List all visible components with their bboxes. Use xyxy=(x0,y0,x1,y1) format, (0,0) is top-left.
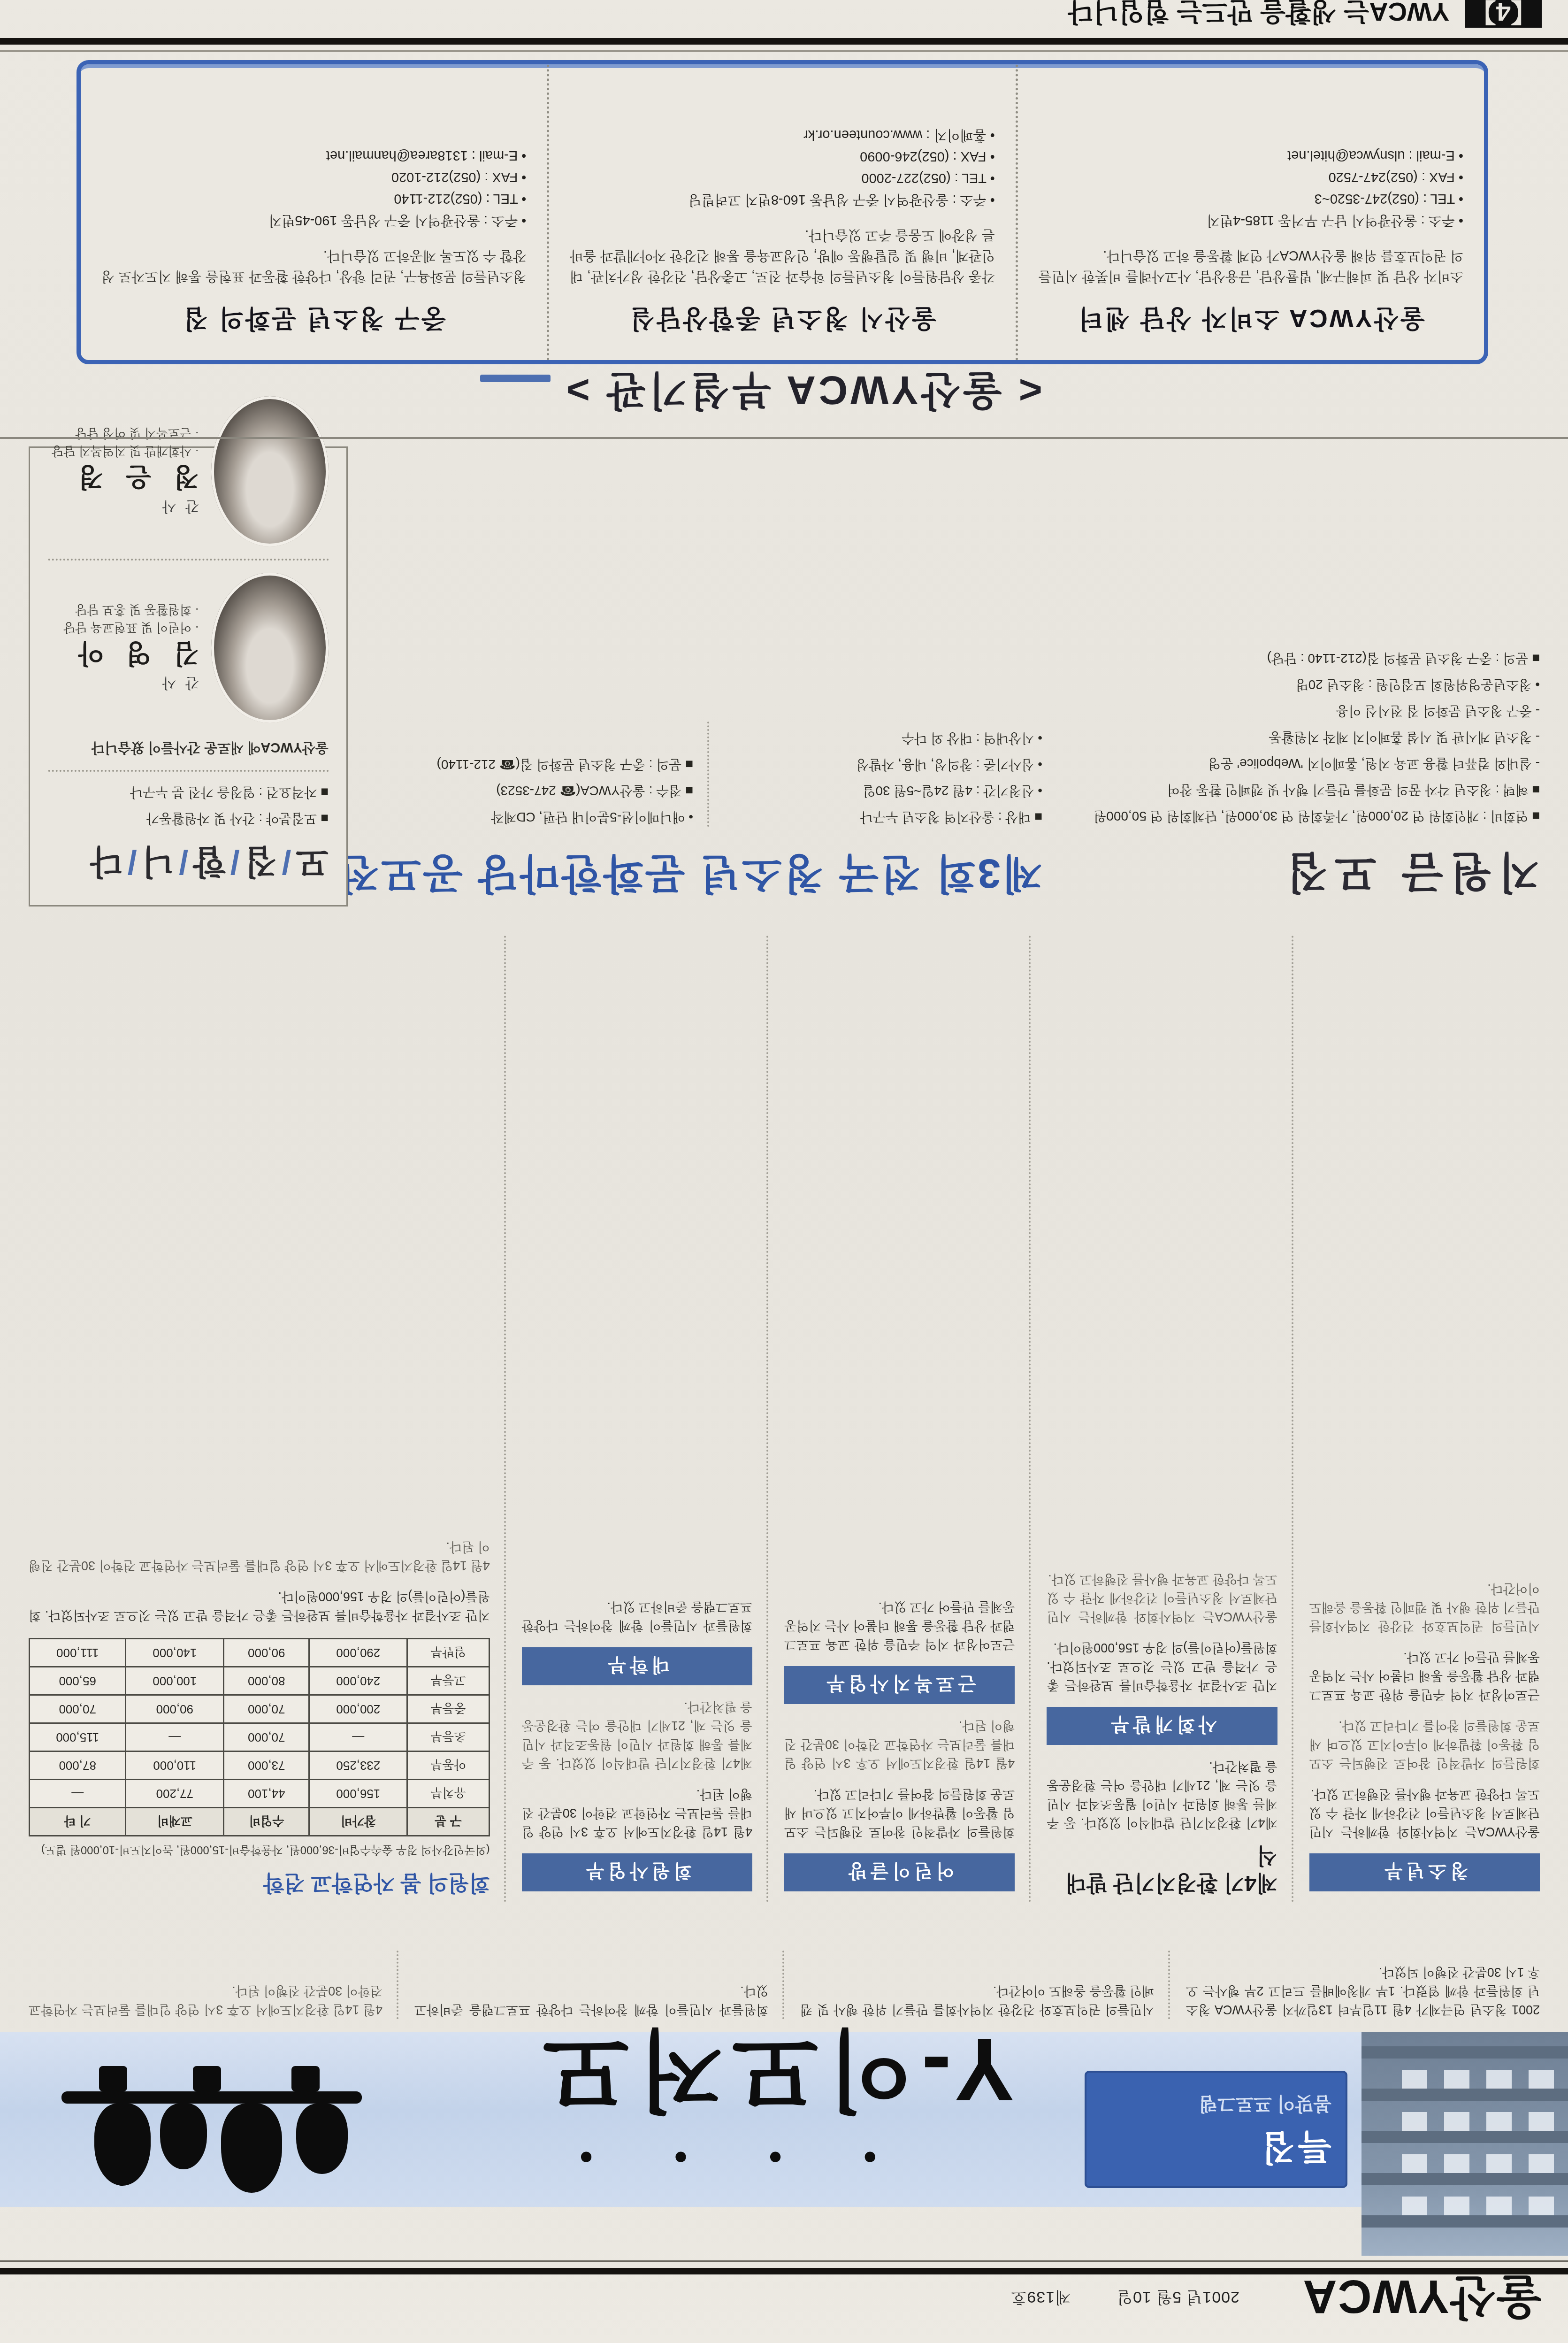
annex-title-dash xyxy=(480,375,551,382)
recruit-bullet: ■ 혜택 : 청소년 각자 꿈의 문화를 만들기 행사 및 캠페인 활동 참여 xyxy=(1080,780,1540,799)
title-char: 니 xyxy=(141,843,175,880)
staff-duty: · 근로복지 및 여성 담당 xyxy=(52,424,199,442)
banner-label-box: 특집 봄맞이 프로그램 xyxy=(1085,2071,1347,2188)
contest-bullet: • 신청기간 : 4월 24일~5월 30일 xyxy=(725,781,1042,800)
article-paragraph: 지만 조사결과 자율학습비를 보완하든 좋은 가격을 받고 있는 것으로 조사되… xyxy=(1047,1638,1277,1695)
banner-label-title: 특집 xyxy=(1085,2125,1347,2188)
masthead-rule-thin xyxy=(0,2260,1568,2262)
recruit-bullet: - 청소년 게시판 및 시설 홈페이지 제작 지원활동 xyxy=(1080,727,1540,747)
lead-paragraph: 시민들의 권익보호와 건강한 지역사회를 만들기 위한 행사 및 캠페인 활동을… xyxy=(800,1982,1154,2019)
contact-fax: • FAX : (052)247-7520 xyxy=(1039,166,1463,188)
contest-bullet: ■ 대상 : 울산지역 청소년 누구나 xyxy=(725,807,1042,827)
cell: 77,200 xyxy=(126,1780,224,1808)
article-paragraph: 근로여성과 지역 주민을 위한 교육 프로그램과 상담 활동을 통해 더불어 사… xyxy=(784,1598,1015,1654)
newspaper-sheet-rotated-180: 울산YWCA 2001년 5월 10일 제139호 특집 봄맞이 프로그램 Y-… xyxy=(0,0,1568,2343)
cell: 70,000 xyxy=(30,1695,126,1723)
footer-thick-rule xyxy=(0,38,1568,45)
column-headline: 제4기 환경지기단 발대식 xyxy=(1047,1843,1277,1897)
middle-article-band: 청소년부 울산YWCA는 지역사회와 함께하는 시민단체로서 청소년들이 건강하… xyxy=(29,935,1540,1902)
cell: 110,000 xyxy=(126,1751,224,1780)
contest-bullet: • 시상내역 : 대상 외 다수 xyxy=(725,728,1042,748)
contact-fax: • FAX : (052)212-1020 xyxy=(101,166,526,188)
annex-contact-box: 울산YWCA 소비자 상담 센터 소비자 상담 및 피해구제, 법률상담, 금융… xyxy=(76,60,1488,364)
staff-duty: · 회원활동 및 홍보 담당 xyxy=(63,601,199,619)
contact-email: • E-mail : 1318area@hanmail.net xyxy=(101,145,526,166)
contest-article: 제3회 전국 청소년 문화한마당 공모전 ■ 대상 : 울산지역 청소년 누구나… xyxy=(376,722,1042,906)
cell: 44,100 xyxy=(224,1780,309,1808)
masthead-logo: 울산YWCA xyxy=(1302,2270,1542,2323)
contact-tel: • TEL : (052)247-3520~3 xyxy=(1039,188,1463,209)
contact-heading: 울산시 청소년 종합상담실 xyxy=(570,302,994,338)
staff-name: 정 은 경 xyxy=(52,460,199,498)
contact-desc: 청소년들의 문화욕구, 권리 향상, 다양한 활동과 표현을 통해 지도자로 성… xyxy=(101,245,526,286)
contact-heading: 중구 청소년 문화의 집 xyxy=(101,302,526,338)
article-paragraph: 울산YWCA는 지역사회와 함께하는 시민단체로서 청소년들이 건강하게 자랄 … xyxy=(1309,1785,1540,1841)
section-bar-univ: 대학부 xyxy=(522,1647,752,1685)
lead-row: 2001 청소년 연극제가 4월 11일부터 13일까지 울산YWCA 청소년 … xyxy=(29,1951,1540,2019)
cell: 200,000 xyxy=(309,1695,407,1723)
title-char: 합 xyxy=(192,843,226,880)
staff-box-title: 모/집/합/니/다 xyxy=(48,840,329,889)
staff-notice: ■ 자격요건 : 열정을 가진 분 누구나 xyxy=(48,782,329,802)
masthead: 울산YWCA xyxy=(1302,2267,1542,2335)
section-bar-youth: 청소년부 xyxy=(1309,1853,1540,1891)
article-paragraph: 회원들의 자발적인 참여로 진행되는 소모임 활동이 활발하게 이루어지고 있으… xyxy=(1309,1716,1540,1773)
recruit-article: 지원금 모집 ■ 연회비 : 개인회원 연 20,000원, 가족회원 연 30… xyxy=(1080,642,1540,906)
cell: — xyxy=(126,1723,224,1751)
title-char: 다 xyxy=(89,843,123,880)
article-paragraph: 4월 14일 환경지도에서 오후 3시 연양 일대를 둘러보는 자연학교 견학이… xyxy=(29,1537,490,1575)
contact-heading: 울산YWCA 소비자 상담 센터 xyxy=(1039,302,1463,338)
banner-char: 모 xyxy=(535,2013,629,2141)
cell: 233,250 xyxy=(309,1751,407,1780)
article-paragraph: 시민들의 권익보호와 건강한 지역사회를 만들기 위한 행사 및 캠페인 활동을… xyxy=(1309,1579,1540,1636)
cell: 240,000 xyxy=(309,1667,407,1695)
recruit-bullet: • 청소년운영위원회 모집인원 : 청소년 20명 xyxy=(1080,675,1540,694)
article-paragraph: 근로여성과 지역 주민을 위한 교육 프로그램과 상담 활동을 통해 더불어 사… xyxy=(1309,1648,1540,1704)
row-label: 유치부 xyxy=(407,1780,489,1808)
contest-bullet: ■ 문의 : 중구 청소년 문화의 집(☎ 212-1140) xyxy=(376,754,693,774)
article-column-4: 회원사업부 4월 14일 환경지도에서 오후 3시 연양 일대를 둘러보는 자연… xyxy=(522,935,768,1902)
article-paragraph: 울산YWCA는 지역사회와 함께하는 시민단체로서 청소년들이 건강하게 자랄 … xyxy=(1047,1570,1277,1626)
table-row: 일반부290,00090,000140,000111,000 xyxy=(30,1639,490,1667)
section-bar-social: 사회개발부 xyxy=(1047,1707,1277,1745)
article-column-2: 제4기 환경지기단 발대식 제4기 환경지기단 발대식이 있었다. 동 주제를 … xyxy=(1047,935,1293,1902)
cell: 115,000 xyxy=(30,1723,126,1751)
banner-prefix: Y- xyxy=(913,2020,1014,2119)
cell: 80,000 xyxy=(224,1667,309,1695)
section-bar-member: 회원사업부 xyxy=(522,1853,752,1891)
cell: 70,000 xyxy=(224,1695,309,1723)
article-column-1: 청소년부 울산YWCA는 지역사회와 함께하는 시민단체로서 청소년들이 건강하… xyxy=(1309,935,1540,1902)
staff-notice: ■ 모집분야 : 간사 및 자원활동가 xyxy=(48,808,329,828)
recruit-bullet: - 실내외 컴퓨터 활용 교육 지원, 홈페이지 'Webpolice' 운영 xyxy=(1080,753,1540,773)
article-paragraph: 4월 14일 환경지도에서 오후 3시 연양 일대를 둘러보는 자연학교 견학이… xyxy=(784,1716,1015,1773)
contest-bullet: ■ 접수 : 울산YWCA(☎ 247-3523) xyxy=(376,781,693,800)
contact-address: • 주소 : 울산광역시 남구 무거동 1185-4번지 xyxy=(1039,209,1463,231)
masthead-rule xyxy=(0,2268,1568,2274)
table-row: 중등부200,00070,00090,00070,000 xyxy=(30,1695,490,1723)
contact-fax: • FAX : (052)246-0090 xyxy=(570,146,994,167)
contact-col-consumer: 울산YWCA 소비자 상담 센터 소비자 상담 및 피해구제, 법률상담, 금융… xyxy=(1018,64,1484,360)
contact-address: • 주소 : 울산광역시 중구 성남동 160-8번지 고려빌딩 xyxy=(570,189,994,210)
annex-section-title-wrap: < 울산YWCA 부설기관 > xyxy=(480,365,1042,423)
contact-desc: 각종 상담원들이 청소년들의 학습과 진로, 고충상담, 건강한 성가치관, 대… xyxy=(570,224,994,286)
recruit-headline: 지원금 모집 xyxy=(1080,845,1540,906)
recruit-bullet: - 중구 청소년 문화의 집 전시실 이용 xyxy=(1080,701,1540,721)
cell: — xyxy=(30,1780,126,1808)
banner-char: 모 xyxy=(724,2013,818,2141)
staff-role: 간 사 xyxy=(52,498,199,518)
contact-address: • 주소 : 울산광역시 중구 성남동 190-45번지 xyxy=(101,209,526,231)
article-column-table: 회원의 봄 자연학교 견학 (외국인강사의 경우 숲속수업비-36,000원, … xyxy=(29,935,506,1902)
page-slogan: YWCA는 생활을 만드는 힘입니다 xyxy=(1068,0,1449,27)
cell: 111,000 xyxy=(30,1639,126,1667)
cell: 90,000 xyxy=(224,1639,309,1667)
article-paragraph: 회원들과 시민들이 함께 참여하는 다양한 프로그램을 준비하고 있다. xyxy=(522,1598,752,1635)
cell: 156,000 xyxy=(309,1780,407,1808)
cell: 87,000 xyxy=(30,1751,126,1780)
staff-photo xyxy=(211,396,329,546)
title-char: 모 xyxy=(295,843,329,880)
staff-duty: · 사회개발 및 지역복지 담당 xyxy=(52,442,199,460)
nature-school-headline: 회원의 봄 자연학교 견학 xyxy=(29,1870,490,1897)
cell: 140,000 xyxy=(126,1639,224,1667)
cell: 290,000 xyxy=(309,1639,407,1667)
article-paragraph: 회원들의 자발적인 참여로 진행되는 소모임 활동이 활발하게 이루어지고 있으… xyxy=(784,1785,1015,1841)
banner-char: 저 xyxy=(629,2013,724,2141)
contest-headline: 제3회 전국 청소년 문화한마당 공모전 xyxy=(376,847,1042,906)
scanned-newsletter-page: 울산YWCA 2001년 5월 10일 제139호 특집 봄맞이 프로그램 Y-… xyxy=(0,0,1568,2343)
fee-table: 구 분 참가비 수업비 교재비 기 타 유치부156,00044,10077,2… xyxy=(29,1638,490,1836)
banner-char: 이 xyxy=(818,2013,913,2141)
cell: 70,000 xyxy=(224,1723,309,1751)
table-row: 초등부—70,000—115,000 xyxy=(30,1723,490,1751)
contact-tel: • TEL : (052)212-1140 xyxy=(101,188,526,209)
lead-paragraph-ghost: 4월 14일 환경지도에서 오후 3시 연양 일대를 둘러보는 자연학교 견학이… xyxy=(29,1982,382,2019)
recruit-bullet: ■ 연회비 : 개인회원 연 20,000원, 가족회원 연 30,000원, … xyxy=(1080,806,1540,826)
fee-table-note: (외국인강사의 경우 숲속수업비-36,000원, 자율학습비-15,000원,… xyxy=(29,1843,490,1859)
masthead-date: 2001년 5월 10일 xyxy=(1117,2287,1239,2310)
row-label: 중등부 xyxy=(407,1695,489,1723)
contact-tel: • TEL : (052)227-2000 xyxy=(570,167,994,189)
table-row: 고등부240,00080,000100,00065,000 xyxy=(30,1667,490,1695)
cell: 73,000 xyxy=(224,1751,309,1780)
fee-th: 구 분 xyxy=(407,1808,489,1836)
row-label: 아동부 xyxy=(407,1751,489,1780)
article-paragraph: 지만 조사결과 자율학습비를 보완하든 좋은 가격을 받고 있는 것으로 조사되… xyxy=(29,1587,490,1625)
banner-headline: Y-이모저모 xyxy=(535,2013,1014,2141)
row-label: 고등부 xyxy=(407,1667,489,1695)
contact-email: • E-mail : ulsnywca@hitel.net xyxy=(1039,145,1463,166)
article-column-3: 어린이글방 회원들의 자발적인 참여로 진행되는 소모임 활동이 활발하게 이루… xyxy=(784,935,1031,1902)
staff-feature-box: 모/집/합/니/다 ■ 모집분야 : 간사 및 자원활동가 ■ 자격요건 : 열… xyxy=(29,446,348,906)
staff-duty: · 어린이 및 표현교육 담당 xyxy=(63,619,199,637)
annex-divider xyxy=(0,437,1568,439)
contact-col-counsel: 울산시 청소년 종합상담실 각종 상담원들이 청소년들의 학습과 진로, 고충상… xyxy=(549,64,1017,360)
article-paragraph: 제4기 환경지기단 발대식이 있었다. 동 주제를 통해 회원과 시민이 월동조… xyxy=(1047,1757,1277,1832)
cell: 90,000 xyxy=(126,1695,224,1723)
fee-th: 참가비 xyxy=(309,1808,407,1836)
contact-col-culture-house: 중구 청소년 문화의 집 청소년들의 문화욕구, 권리 향상, 다양한 활동과 … xyxy=(81,64,549,360)
footer-thin-rule xyxy=(0,50,1568,52)
article-paragraph: 4월 14일 환경지도에서 오후 3시 연양 일대를 둘러보는 자연학교 견학이… xyxy=(522,1785,752,1841)
cell: — xyxy=(309,1723,407,1751)
fee-table-header-row: 구 분 참가비 수업비 교재비 기 타 xyxy=(30,1808,490,1836)
row-label: 초등부 xyxy=(407,1723,489,1751)
table-row: 유치부156,00044,10077,200— xyxy=(30,1780,490,1808)
fee-th: 기 타 xyxy=(30,1808,126,1836)
recruit-bullet: ■ 문의 : 중구 청소년 문화의 집(212-1140 : 담당) xyxy=(1080,648,1540,668)
table-row: 아동부233,25073,000110,00087,000 xyxy=(30,1751,490,1780)
page-number-badge: 【4】 xyxy=(1465,0,1542,28)
page4-header: 【4】 YWCA는 생활을 만드는 힘입니다 xyxy=(1068,0,1542,32)
staff-photo xyxy=(211,573,329,723)
contact-homepage: • 홈페이지 : www.counteen.or.kr xyxy=(570,124,994,146)
staff-name: 김 영 아 xyxy=(63,637,199,674)
silhouette-illustration xyxy=(43,2061,362,2202)
cell: 65,000 xyxy=(30,1667,126,1695)
masthead-issue: 제139호 xyxy=(1011,2287,1071,2310)
lead-paragraph: 회원들과 시민들이 함께 참여하는 다양한 프로그램을 준비하고 있다. xyxy=(414,1982,768,2019)
contest-bullet: • 애니메이션-5분이내 단편, CD제작 xyxy=(376,807,693,827)
article-paragraph: 제4기 환경지기단 발대식이 있었다. 동 주제를 통해 회원과 시민이 월동조… xyxy=(522,1698,752,1773)
staff-intro: 울산YWCA에 새로운 간사들이 왔습니다 xyxy=(48,737,329,758)
contest-bullet: • 심사기준 : 창의성, 내용, 자발성 xyxy=(725,754,1042,774)
fee-th: 수업비 xyxy=(224,1808,309,1836)
lead-paragraph: 2001 청소년 연극제가 4월 11일부터 13일까지 울산YWCA 청소년 … xyxy=(1186,1963,1540,2019)
staff-role: 간 사 xyxy=(63,674,199,695)
section-bar-labor: 근로복지사업부 xyxy=(784,1666,1015,1704)
fee-th: 교재비 xyxy=(126,1808,224,1836)
banner-label-subtitle: 봄맞이 프로그램 xyxy=(1085,2085,1347,2125)
building-photo xyxy=(1361,2032,1568,2256)
cell: 100,000 xyxy=(126,1667,224,1695)
annex-section-title: < 울산YWCA 부설기관 > xyxy=(564,368,1042,413)
title-char: 집 xyxy=(244,843,277,880)
contact-desc: 소비자 상담 및 피해구제, 법률상담, 금융상담, 사고사례를 비롯한 시민들… xyxy=(1039,245,1463,286)
section-bar-gulbang: 어린이글방 xyxy=(784,1853,1015,1891)
row-label: 일반부 xyxy=(407,1639,489,1667)
